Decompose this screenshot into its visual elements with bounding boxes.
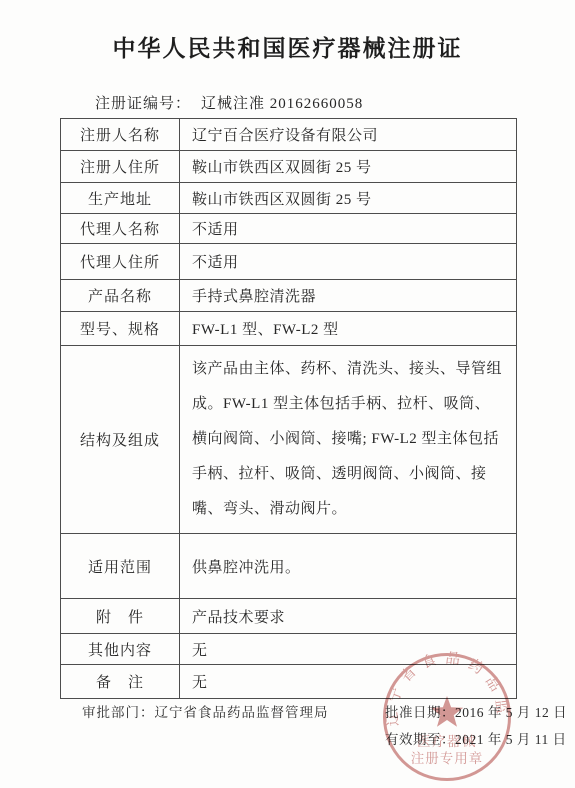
row-label-agent-name: 代理人名称 xyxy=(61,214,180,243)
valid-until-value: 2021 年 5 月 11 日 xyxy=(455,732,567,747)
cert-number-label: 注册证编号： xyxy=(95,96,191,112)
approval-department-label: 审批部门： xyxy=(82,705,155,720)
row-label-model-spec: 型号、规格 xyxy=(61,312,180,345)
table-row: 产品名称 手持式鼻腔清洗器 xyxy=(61,280,516,312)
row-value-agent-name: 不适用 xyxy=(180,214,516,243)
date-block: 批准日期：2016 年 5 月 12 日 有效期至：2021 年 5 月 11 … xyxy=(385,701,567,755)
row-value-model-spec: FW-L1 型、FW-L2 型 xyxy=(180,312,516,345)
approval-department-value: 辽宁省食品药品监督管理局 xyxy=(155,705,329,720)
row-label-intended-use: 适用范围 xyxy=(61,534,180,598)
approval-date-label: 批准日期： xyxy=(385,705,455,720)
row-value-attachment: 产品技术要求 xyxy=(180,599,516,633)
row-label-remarks: 备 注 xyxy=(61,665,180,698)
row-label-production-address: 生产地址 xyxy=(61,183,180,213)
table-row: 代理人名称 不适用 xyxy=(61,214,516,244)
row-value-other-content: 无 xyxy=(180,634,516,664)
row-value-production-address: 鞍山市铁西区双圆街 25 号 xyxy=(180,183,516,213)
table-row: 结构及组成 该产品由主体、药杯、清洗头、接头、导管组成。FW-L1 型主体包括手… xyxy=(61,346,516,534)
table-row: 注册人住所 鞍山市铁西区双圆街 25 号 xyxy=(61,151,516,183)
row-value-agent-address: 不适用 xyxy=(180,244,516,279)
certificate-page: 中华人民共和国医疗器械注册证 注册证编号：辽械注准 20162660058 注册… xyxy=(0,0,575,788)
row-value-registrant-address: 鞍山市铁西区双圆街 25 号 xyxy=(180,151,516,182)
approval-date-line: 批准日期：2016 年 5 月 12 日 xyxy=(385,701,567,721)
valid-until-label: 有效期至： xyxy=(385,732,455,747)
table-row: 生产地址 鞍山市铁西区双圆街 25 号 xyxy=(61,183,516,214)
row-label-product-name: 产品名称 xyxy=(61,280,180,311)
approval-date-value: 2016 年 5 月 12 日 xyxy=(455,705,567,720)
table-row: 注册人名称 辽宁百合医疗设备有限公司 xyxy=(61,119,516,151)
row-label-attachment: 附 件 xyxy=(61,599,180,633)
certificate-table: 注册人名称 辽宁百合医疗设备有限公司 注册人住所 鞍山市铁西区双圆街 25 号 … xyxy=(60,118,517,699)
page-title: 中华人民共和国医疗器械注册证 xyxy=(0,30,575,63)
table-row: 代理人住所 不适用 xyxy=(61,244,516,280)
row-label-agent-address: 代理人住所 xyxy=(61,244,180,279)
valid-until-line: 有效期至：2021 年 5 月 11 日 xyxy=(385,728,567,748)
table-row: 适用范围 供鼻腔冲洗用。 xyxy=(61,534,516,599)
row-label-registrant-address: 注册人住所 xyxy=(61,151,180,182)
table-row: 备 注 无 xyxy=(61,665,516,698)
cert-number-value: 辽械注准 20162660058 xyxy=(201,96,363,112)
row-value-remarks: 无 xyxy=(180,665,516,698)
table-row: 附 件 产品技术要求 xyxy=(61,599,516,634)
cert-number-line: 注册证编号：辽械注准 20162660058 xyxy=(95,92,363,113)
row-value-registrant-name: 辽宁百合医疗设备有限公司 xyxy=(180,119,516,150)
row-label-other-content: 其他内容 xyxy=(61,634,180,664)
row-label-structure-composition: 结构及组成 xyxy=(61,346,180,533)
row-value-product-name: 手持式鼻腔清洗器 xyxy=(180,280,516,311)
table-row: 型号、规格 FW-L1 型、FW-L2 型 xyxy=(61,312,516,346)
approval-department-line: 审批部门：辽宁省食品药品监督管理局 xyxy=(82,701,329,721)
row-value-structure-composition: 该产品由主体、药杯、清洗头、接头、导管组成。FW-L1 型主体包括手柄、拉杆、吸… xyxy=(180,346,516,533)
row-label-registrant-name: 注册人名称 xyxy=(61,119,180,150)
table-row: 其他内容 无 xyxy=(61,634,516,665)
row-value-intended-use: 供鼻腔冲洗用。 xyxy=(180,534,516,598)
